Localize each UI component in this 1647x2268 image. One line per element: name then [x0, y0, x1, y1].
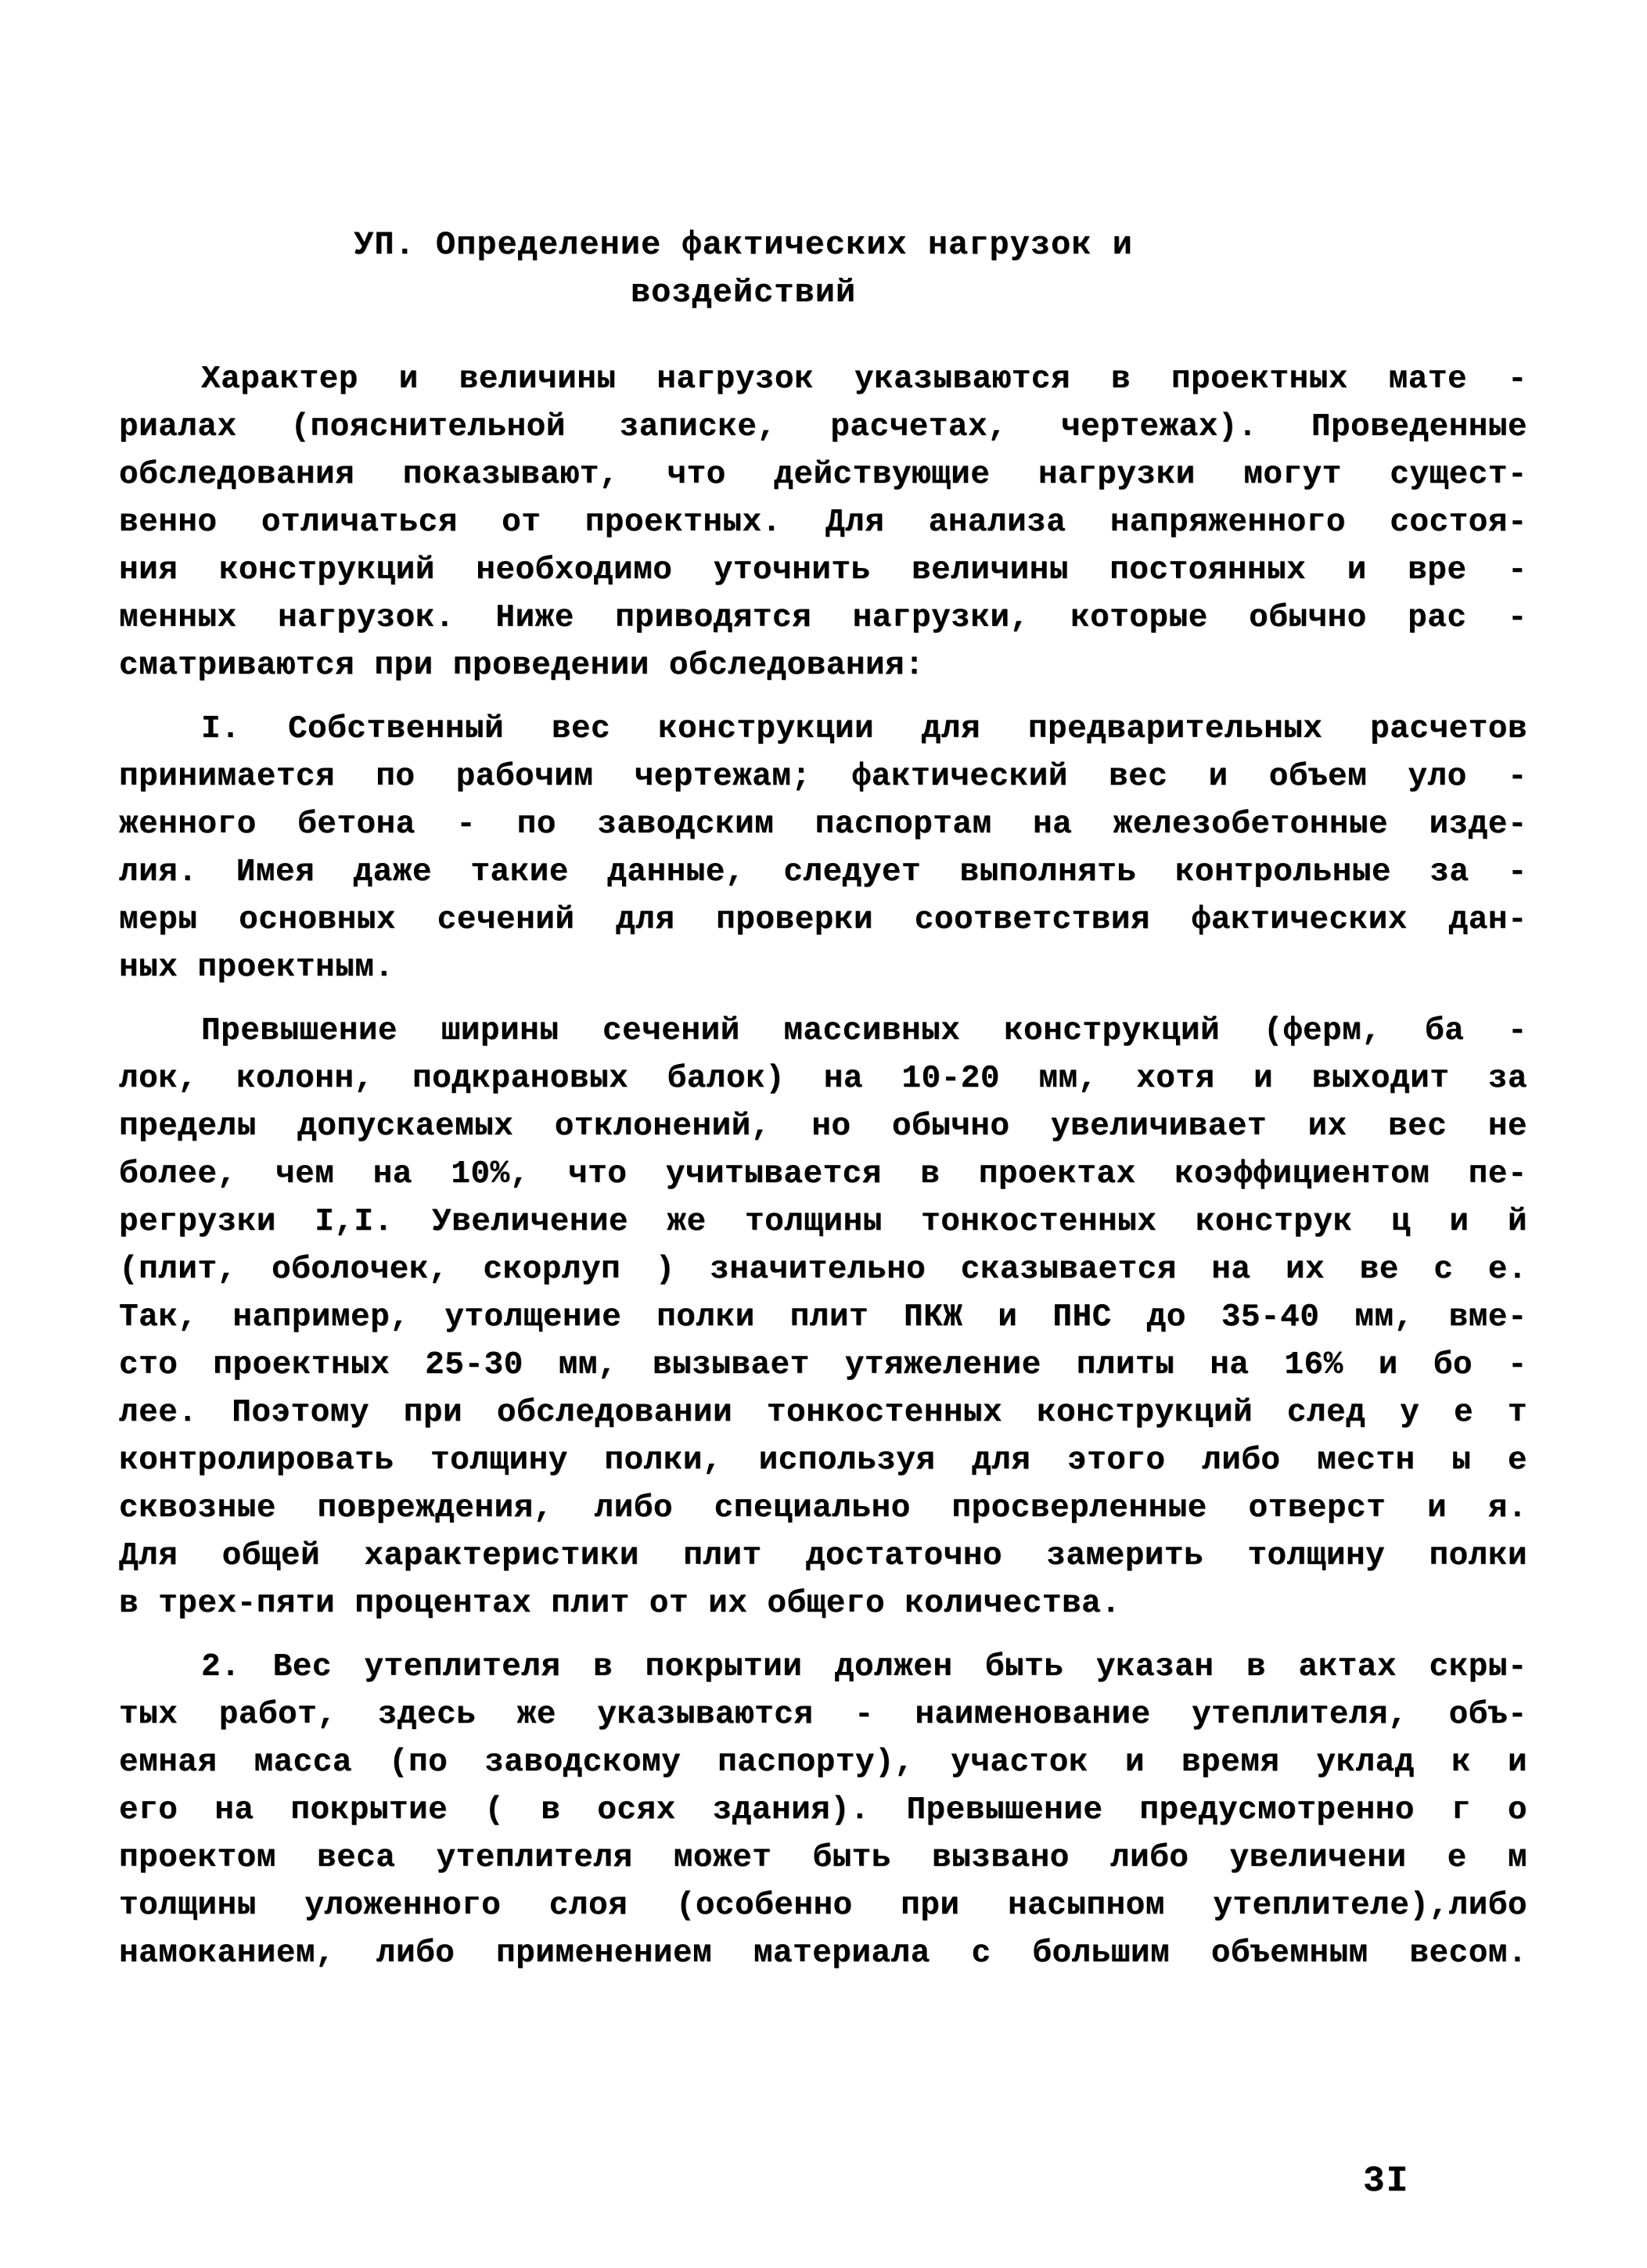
text-line: Превышение ширины сечений массивных конс…	[119, 1008, 1527, 1055]
scanned-document-page: УП. Определение фактических нагрузок и в…	[0, 0, 1647, 2268]
text-line: женного бетона - по заводским паспортам …	[119, 801, 1527, 849]
text-line: принимается по рабочим чертежам; фактиче…	[119, 753, 1527, 801]
text-line: обследования показывают, что действующие…	[119, 451, 1527, 499]
text-line: лия. Имея даже такие данные, следует вып…	[119, 849, 1527, 897]
text-line: сматриваются при проведении обследования…	[119, 642, 1527, 690]
text-line: сто проектных 25-30 мм, вызывает утяжеле…	[119, 1342, 1527, 1389]
text-line: регрузки I,I. Увеличение же толщины тонк…	[119, 1199, 1527, 1246]
text-line: лок, колонн, подкрановых балок) на 10-20…	[119, 1055, 1527, 1103]
text-line: емная масса (по заводскому паспорту), уч…	[119, 1739, 1527, 1787]
text-line: 2. Вес утеплителя в покрытии должен быть…	[119, 1644, 1527, 1691]
text-line: меры основных сечений для проверки соотв…	[119, 897, 1527, 944]
text-line: ных проектным.	[119, 944, 1527, 992]
text-line: намоканием, либо применением материала с…	[119, 1930, 1527, 1978]
text-line: Характер и величины нагрузок указываются…	[119, 356, 1527, 404]
page-number: 3I	[1363, 2161, 1409, 2202]
text-line: лее. Поэтому при обследовании тонкостенн…	[119, 1389, 1527, 1437]
text-line: проектом веса утеплителя может быть вызв…	[119, 1835, 1527, 1882]
text-line: Для общей характеристики плит достаточно…	[119, 1533, 1527, 1580]
text-line: в трех-пяти процентах плит от их общего …	[119, 1580, 1527, 1628]
text-line: его на покрытие ( в осях здания). Превыш…	[119, 1787, 1527, 1835]
section-heading: УП. Определение фактических нагрузок и в…	[117, 221, 1369, 317]
body-text: Характер и величины нагрузок указываются…	[119, 356, 1527, 1978]
text-line: Так, например, утолщение полки плит ПКЖ …	[119, 1294, 1527, 1342]
text-line: толщины уложенного слоя (особенно при на…	[119, 1882, 1527, 1930]
text-line: сквозные повреждения, либо специально пр…	[119, 1485, 1527, 1533]
text-line: I. Собственный вес конструкции для предв…	[119, 706, 1527, 753]
text-line: менных нагрузок. Ниже приводятся нагрузк…	[119, 595, 1527, 642]
text-line: ния конструкций необходимо уточнить вели…	[119, 547, 1527, 595]
text-line: более, чем на 10%, что учитывается в про…	[119, 1151, 1527, 1199]
text-line: венно отличаться от проектных. Для анали…	[119, 499, 1527, 547]
text-line: риалах (пояснительной записке, расчетах,…	[119, 404, 1527, 451]
text-line: пределы допускаемых отклонений, но обычн…	[119, 1103, 1527, 1151]
section-heading-line-2: воздействий	[117, 269, 1369, 317]
section-heading-line-1: УП. Определение фактических нагрузок и	[117, 221, 1369, 269]
text-line: контролировать толщину полки, используя …	[119, 1437, 1527, 1485]
text-line: (плит, оболочек, скорлуп ) значительно с…	[119, 1246, 1527, 1294]
text-line: тых работ, здесь же указываются - наимен…	[119, 1691, 1527, 1739]
